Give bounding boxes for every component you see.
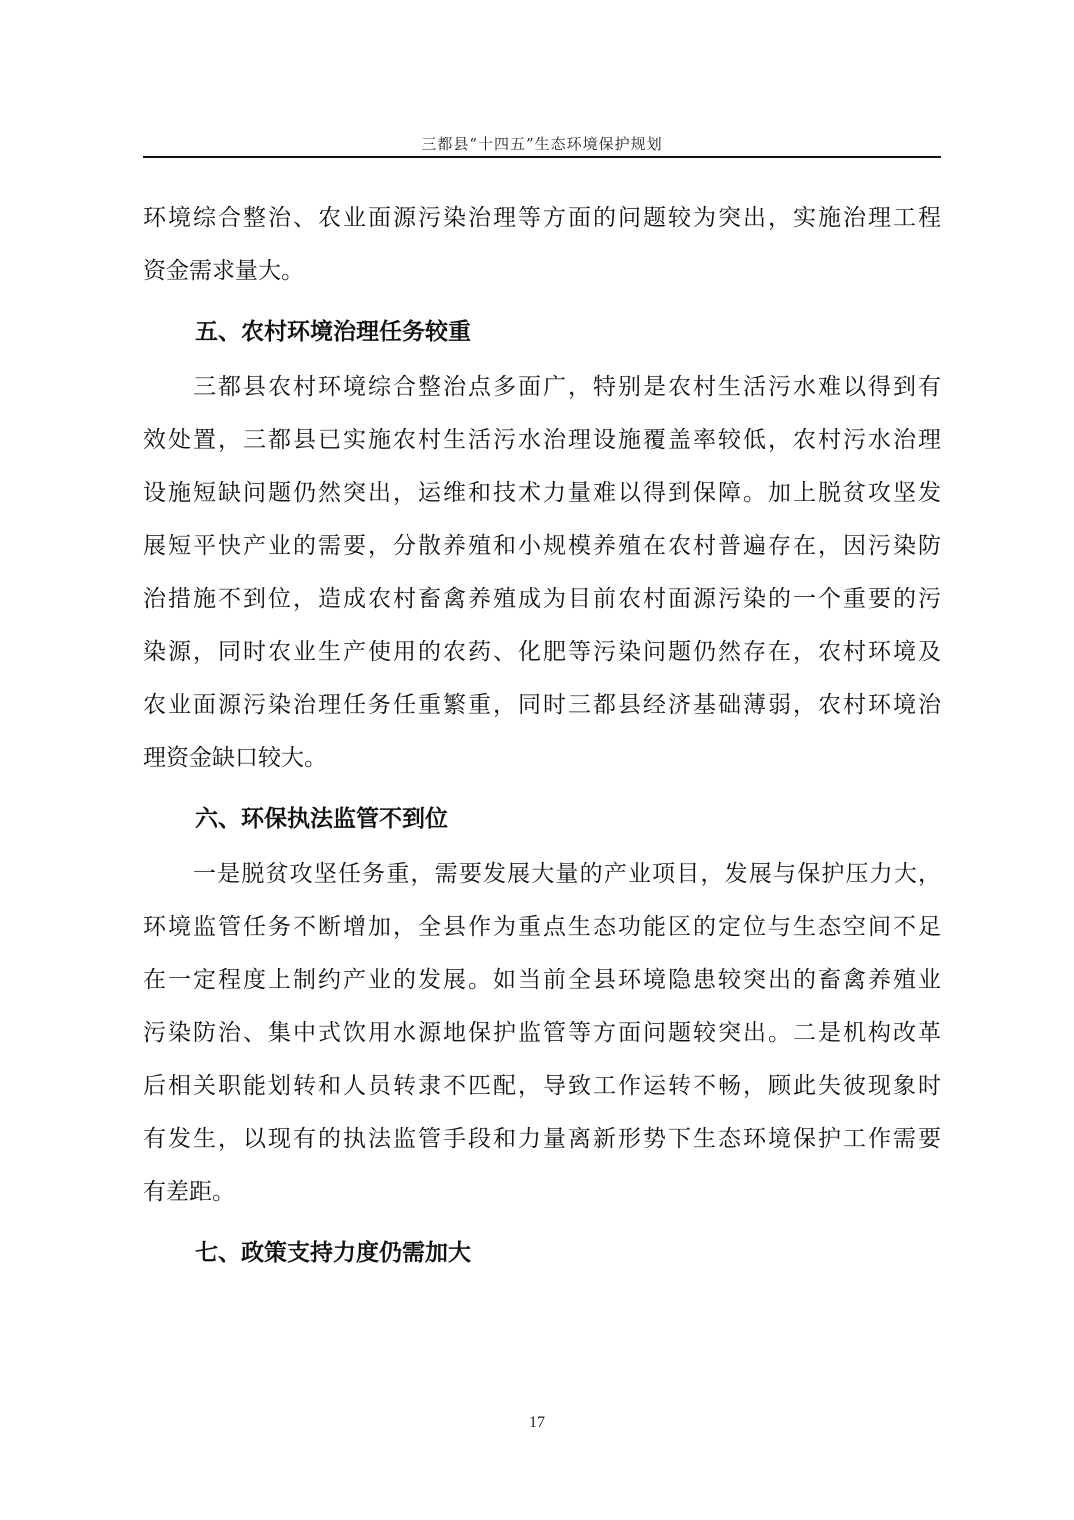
paragraph-line: 在一定程度上制约产业的发展。如当前全县环境隐患较突出的畜禽养殖业 xyxy=(143,954,941,1007)
running-header: 三都县“十四五”生态环境保护规划 xyxy=(143,133,941,154)
page-body: 环境综合整治、农业面源污染治理等方面的问题较为突出，实施治理工程 资金需求量大。… xyxy=(143,192,941,1282)
paragraph-line: 资金需求量大。 xyxy=(143,245,941,298)
paragraph-line: 染源，同时农业生产使用的农药、化肥等污染问题仍然存在，农村环境及 xyxy=(143,626,941,679)
paragraph-line: 有发生，以现有的执法监管手段和力量离新形势下生态环境保护工作需要 xyxy=(143,1113,941,1166)
paragraph-line: 农业面源污染治理任务任重繁重，同时三都县经济基础薄弱，农村环境治 xyxy=(143,679,941,732)
paragraph-line: 理资金缺口较大。 xyxy=(143,732,941,785)
page-number: 17 xyxy=(0,1414,1074,1432)
paragraph-line: 三都县农村环境综合整治点多面广，特别是农村生活污水难以得到有 xyxy=(143,361,941,414)
section-heading-7: 七、政策支持力度仍需加大 xyxy=(143,1225,941,1282)
paragraph-line: 环境监管任务不断增加，全县作为重点生态功能区的定位与生态空间不足 xyxy=(143,901,941,954)
paragraph-line: 设施短缺问题仍然突出，运维和技术力量难以得到保障。加上脱贫攻坚发 xyxy=(143,467,941,520)
paragraph-line: 环境综合整治、农业面源污染治理等方面的问题较为突出，实施治理工程 xyxy=(143,192,941,245)
paragraph-line: 后相关职能划转和人员转隶不匹配，导致工作运转不畅，顾此失彼现象时 xyxy=(143,1060,941,1113)
paragraph-line: 治措施不到位，造成农村畜禽养殖成为目前农村面源污染的一个重要的污 xyxy=(143,573,941,626)
paragraph-line: 展短平快产业的需要，分散养殖和小规模养殖在农村普遍存在，因污染防 xyxy=(143,520,941,573)
section-heading-6: 六、环保执法监管不到位 xyxy=(143,791,941,848)
header-rule xyxy=(143,156,941,158)
paragraph-line: 效处置，三都县已实施农村生活污水治理设施覆盖率较低，农村污水治理 xyxy=(143,414,941,467)
paragraph-line: 一是脱贫攻坚任务重，需要发展大量的产业项目，发展与保护压力大， xyxy=(143,848,941,901)
section-heading-5: 五、农村环境治理任务较重 xyxy=(143,304,941,361)
paragraph-line: 有差距。 xyxy=(143,1166,941,1219)
paragraph-line: 污染防治、集中式饮用水源地保护监管等方面问题较突出。二是机构改革 xyxy=(143,1007,941,1060)
